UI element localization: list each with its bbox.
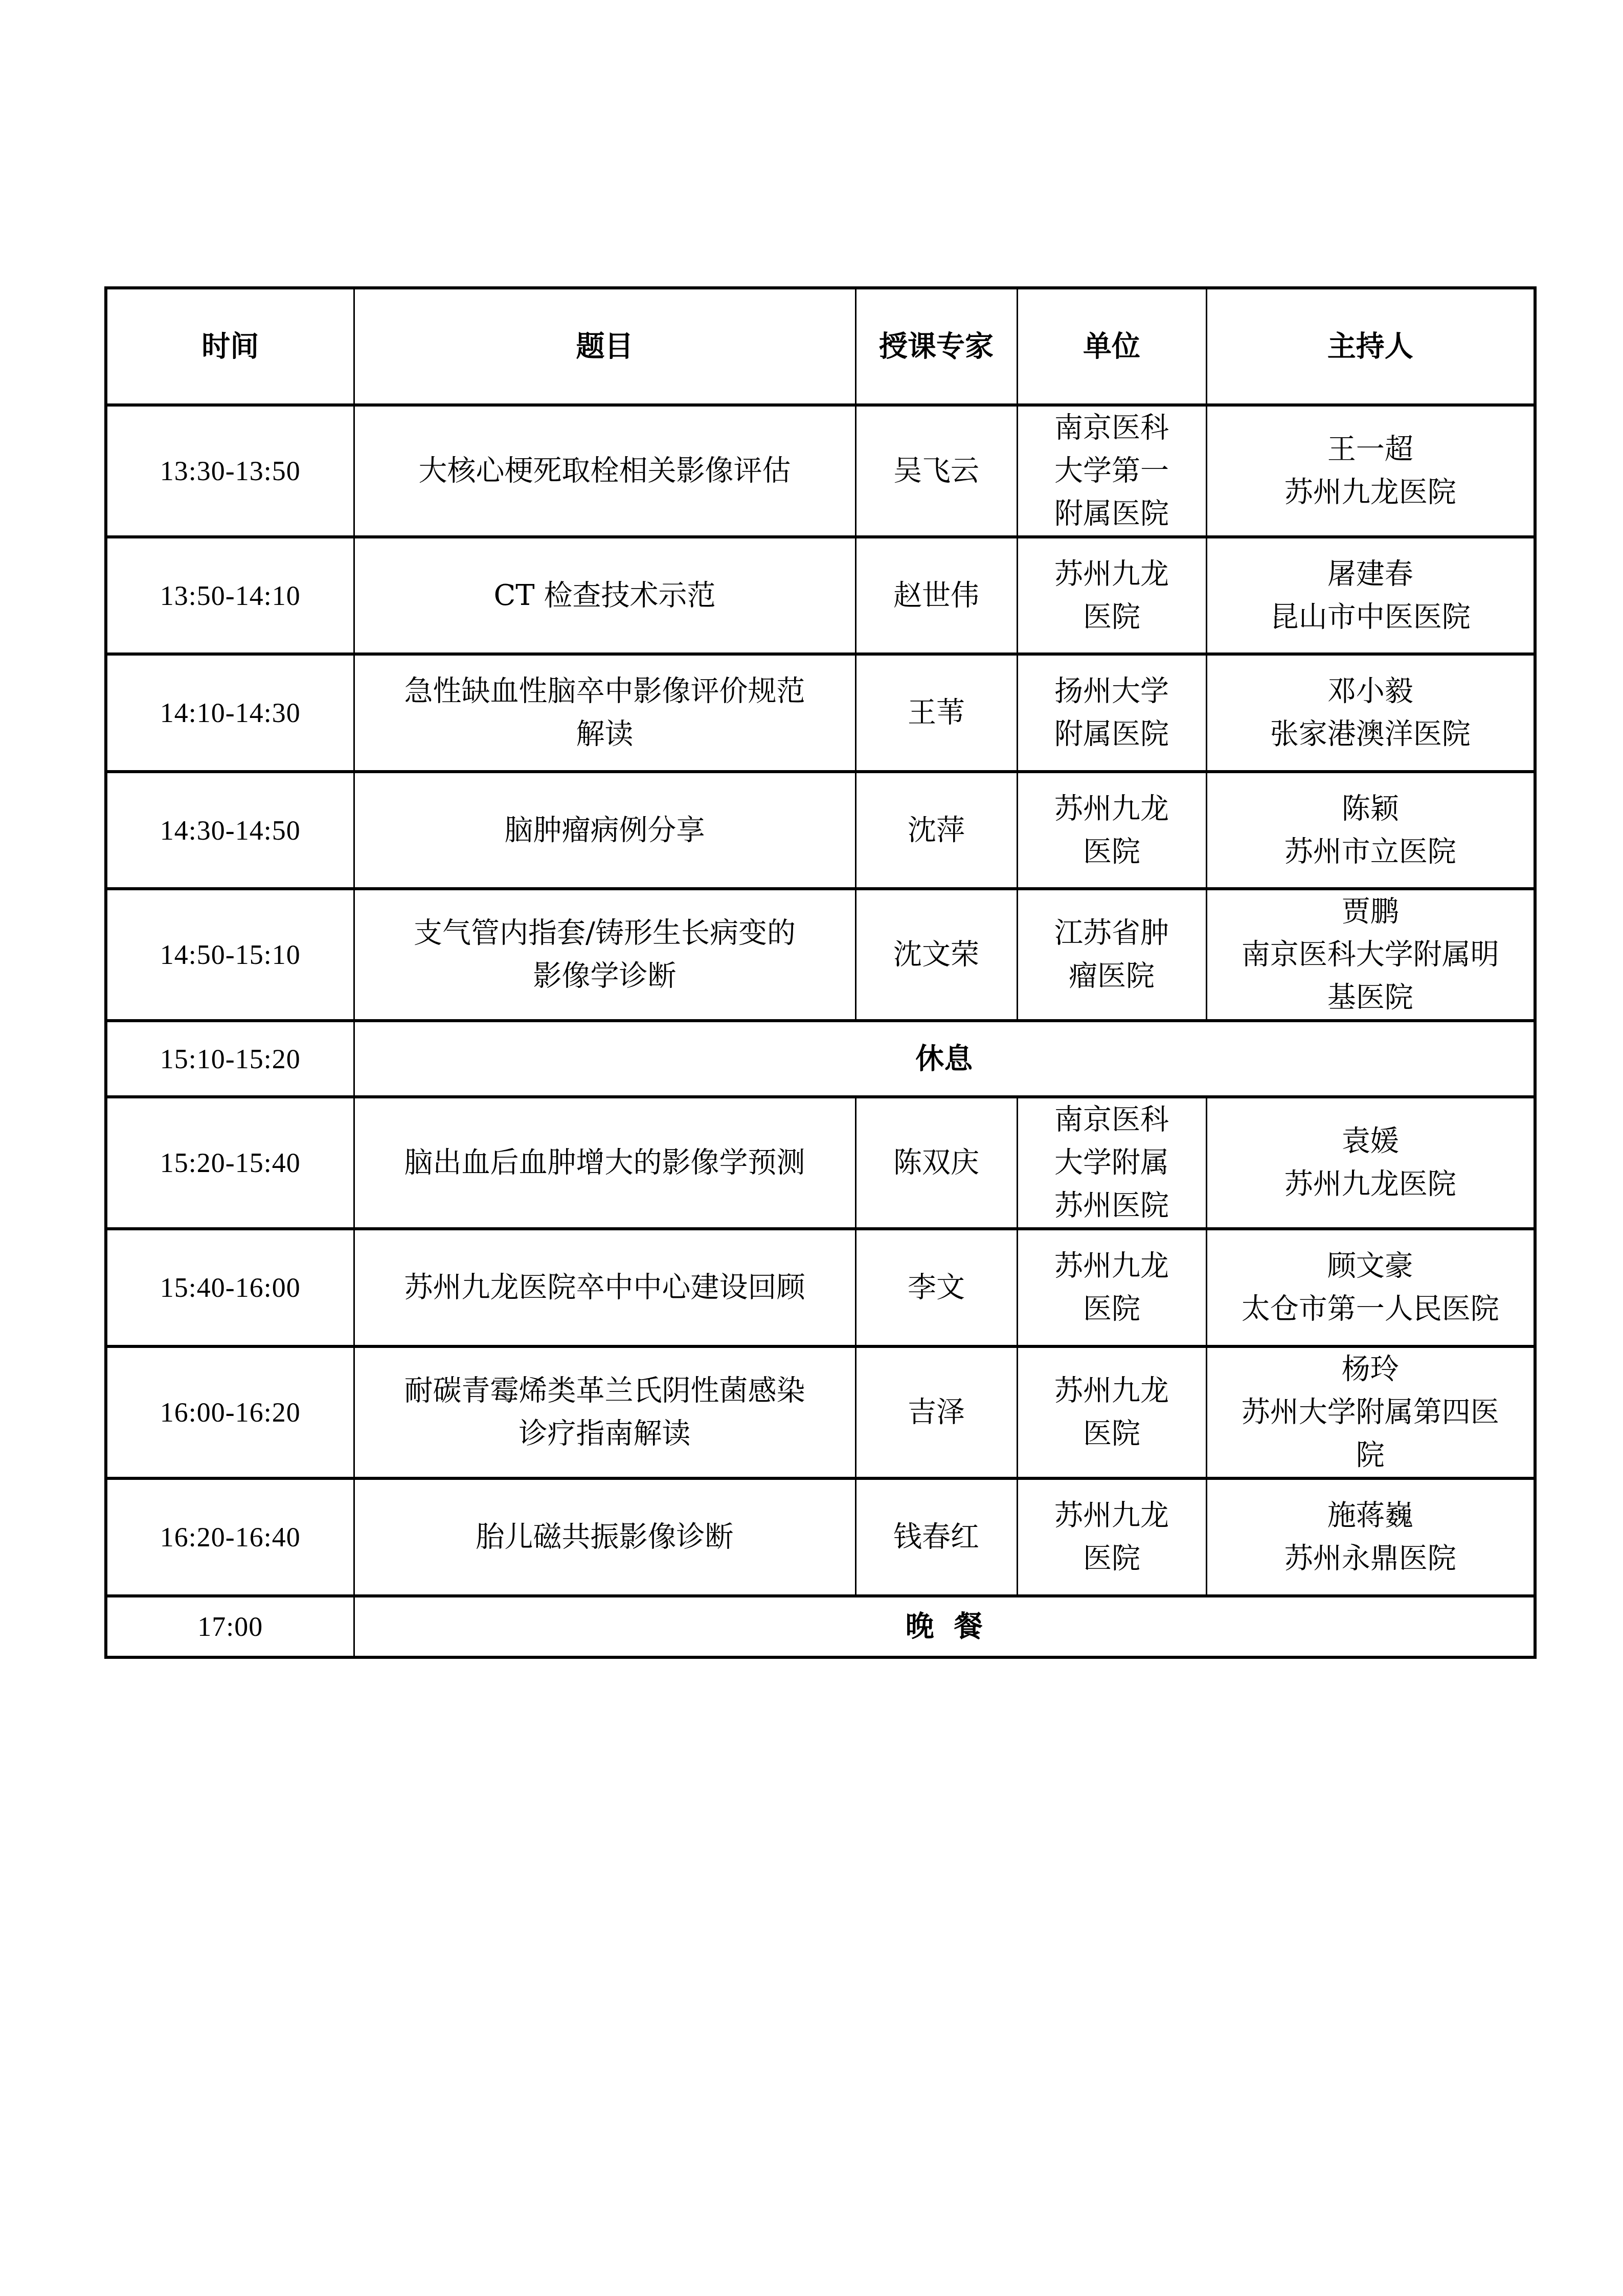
topic-cell: 支气管内指套/铸形生长病变的 影像学诊断 [354, 889, 855, 1021]
table-row: 14:10-14:30 急性缺血性脑卒中影像评价规范 解读 王苇 扬州大学 附属… [106, 654, 1535, 772]
topic-line: 急性缺血性脑卒中影像评价规范 [360, 670, 850, 713]
unit-line: 苏州九龙 [1023, 553, 1201, 596]
time-cell: 13:30-13:50 [106, 405, 354, 537]
host-cell: 施蒋巍 苏州永鼎医院 [1206, 1478, 1535, 1596]
header-topic: 题目 [354, 288, 855, 405]
unit-cell: 苏州九龙 医院 [1017, 772, 1206, 889]
topic-cell: 脑肿瘤病例分享 [354, 772, 855, 889]
topic-line: 苏州九龙医院卒中中心建设回顾 [360, 1266, 850, 1309]
topic-line: 影像学诊断 [360, 955, 850, 998]
unit-line: 苏州医院 [1023, 1184, 1201, 1227]
unit-line: 大学第一 [1023, 449, 1201, 492]
time-cell: 13:50-14:10 [106, 537, 354, 654]
table-row: 15:20-15:40 脑出血后血肿增大的影像学预测 陈双庆 南京医科 大学附属… [106, 1097, 1535, 1229]
topic-line: 脑肿瘤病例分享 [360, 809, 850, 852]
break-row: 15:10-15:20 休息 [106, 1021, 1535, 1097]
header-time: 时间 [106, 288, 354, 405]
host-name: 杨玲 [1212, 1348, 1529, 1391]
topic-cell: 耐碳青霉烯类革兰氏阴性菌感染 诊疗指南解读 [354, 1346, 855, 1478]
unit-line: 苏州九龙 [1023, 1369, 1201, 1412]
topic-line: 脑出血后血肿增大的影像学预测 [360, 1141, 850, 1184]
unit-line: 苏州九龙 [1023, 787, 1201, 830]
table-row: 16:20-16:40 胎儿磁共振影像诊断 钱春红 苏州九龙 医院 施蒋巍 苏州… [106, 1478, 1535, 1596]
unit-line: 医院 [1023, 1288, 1201, 1331]
host-unit: 太仓市第一人民医院 [1212, 1288, 1529, 1331]
unit-cell: 苏州九龙 医院 [1017, 1229, 1206, 1346]
host-cell: 杨玲 苏州大学附属第四医 院 [1206, 1346, 1535, 1478]
schedule-table: 时间 题目 授课专家 单位 主持人 13:30-13:50 大核心梗死取栓相关影… [104, 286, 1537, 1659]
host-unit: 院 [1212, 1434, 1529, 1477]
header-speaker: 授课专家 [855, 288, 1017, 405]
host-unit: 苏州永鼎医院 [1212, 1537, 1529, 1580]
time-cell: 16:20-16:40 [106, 1478, 354, 1596]
table-row: 13:30-13:50 大核心梗死取栓相关影像评估 吴飞云 南京医科 大学第一 … [106, 405, 1535, 537]
topic-line: CT 检查技术示范 [360, 574, 850, 617]
speaker-cell: 钱春红 [855, 1478, 1017, 1596]
topic-cell: 苏州九龙医院卒中中心建设回顾 [354, 1229, 855, 1346]
speaker-cell: 吉泽 [855, 1346, 1017, 1478]
topic-line: 解读 [360, 713, 850, 756]
unit-cell: 南京医科 大学附属 苏州医院 [1017, 1097, 1206, 1229]
header-row: 时间 题目 授课专家 单位 主持人 [106, 288, 1535, 405]
host-cell: 邓小毅 张家港澳洋医院 [1206, 654, 1535, 772]
speaker-cell: 王苇 [855, 654, 1017, 772]
time-cell: 15:20-15:40 [106, 1097, 354, 1229]
host-cell: 袁媛 苏州九龙医院 [1206, 1097, 1535, 1229]
time-cell: 15:10-15:20 [106, 1021, 354, 1097]
unit-line: 医院 [1023, 1412, 1201, 1455]
unit-cell: 扬州大学 附属医院 [1017, 654, 1206, 772]
topic-line: 胎儿磁共振影像诊断 [360, 1516, 850, 1559]
host-cell: 屠建春 昆山市中医医院 [1206, 537, 1535, 654]
time-cell: 14:50-15:10 [106, 889, 354, 1021]
unit-line: 医院 [1023, 596, 1201, 639]
unit-cell: 南京医科 大学第一 附属医院 [1017, 405, 1206, 537]
unit-line: 附属医院 [1023, 492, 1201, 535]
header-host: 主持人 [1206, 288, 1535, 405]
host-name: 施蒋巍 [1212, 1494, 1529, 1537]
host-name: 王一超 [1212, 428, 1529, 471]
host-name: 袁媛 [1212, 1120, 1529, 1163]
table-row: 14:50-15:10 支气管内指套/铸形生长病变的 影像学诊断 沈文荣 江苏省… [106, 889, 1535, 1021]
host-unit: 苏州九龙医院 [1212, 471, 1529, 514]
unit-line: 江苏省肿 [1023, 912, 1201, 955]
speaker-cell: 陈双庆 [855, 1097, 1017, 1229]
host-name: 贾鹏 [1212, 890, 1529, 933]
topic-cell: 急性缺血性脑卒中影像评价规范 解读 [354, 654, 855, 772]
unit-line: 瘤医院 [1023, 955, 1201, 998]
unit-cell: 江苏省肿 瘤医院 [1017, 889, 1206, 1021]
unit-line: 苏州九龙 [1023, 1494, 1201, 1537]
host-unit: 南京医科大学附属明 [1212, 933, 1529, 976]
topic-cell: 胎儿磁共振影像诊断 [354, 1478, 855, 1596]
time-cell: 14:10-14:30 [106, 654, 354, 772]
unit-line: 南京医科 [1023, 407, 1201, 449]
host-name: 顾文豪 [1212, 1245, 1529, 1288]
time-cell: 17:00 [106, 1596, 354, 1657]
unit-cell: 苏州九龙 医院 [1017, 1478, 1206, 1596]
host-cell: 陈颖 苏州市立医院 [1206, 772, 1535, 889]
topic-cell: 大核心梗死取栓相关影像评估 [354, 405, 855, 537]
host-unit: 苏州九龙医院 [1212, 1163, 1529, 1206]
time-cell: 14:30-14:50 [106, 772, 354, 889]
unit-line: 附属医院 [1023, 713, 1201, 756]
topic-line: 耐碳青霉烯类革兰氏阴性菌感染 [360, 1369, 850, 1412]
unit-line: 南京医科 [1023, 1098, 1201, 1141]
host-name: 陈颖 [1212, 787, 1529, 830]
topic-cell: 脑出血后血肿增大的影像学预测 [354, 1097, 855, 1229]
host-cell: 王一超 苏州九龙医院 [1206, 405, 1535, 537]
unit-line: 医院 [1023, 1537, 1201, 1580]
topic-line: 诊疗指南解读 [360, 1412, 850, 1455]
speaker-cell: 沈萍 [855, 772, 1017, 889]
speaker-cell: 李文 [855, 1229, 1017, 1346]
unit-cell: 苏州九龙 医院 [1017, 537, 1206, 654]
host-cell: 顾文豪 太仓市第一人民医院 [1206, 1229, 1535, 1346]
time-cell: 16:00-16:20 [106, 1346, 354, 1478]
host-name: 屠建春 [1212, 553, 1529, 596]
header-unit: 单位 [1017, 288, 1206, 405]
speaker-cell: 吴飞云 [855, 405, 1017, 537]
host-cell: 贾鹏 南京医科大学附属明 基医院 [1206, 889, 1535, 1021]
table-row: 13:50-14:10 CT 检查技术示范 赵世伟 苏州九龙 医院 屠建春 昆山… [106, 537, 1535, 654]
topic-line: 大核心梗死取栓相关影像评估 [360, 449, 850, 492]
dinner-row: 17:00 晚 餐 [106, 1596, 1535, 1657]
host-unit: 张家港澳洋医院 [1212, 713, 1529, 756]
speaker-cell: 沈文荣 [855, 889, 1017, 1021]
unit-line: 医院 [1023, 830, 1201, 873]
unit-line: 大学附属 [1023, 1141, 1201, 1184]
speaker-cell: 赵世伟 [855, 537, 1017, 654]
unit-line: 苏州九龙 [1023, 1245, 1201, 1288]
table-row: 14:30-14:50 脑肿瘤病例分享 沈萍 苏州九龙 医院 陈颖 苏州市立医院 [106, 772, 1535, 889]
host-unit: 苏州大学附属第四医 [1212, 1391, 1529, 1434]
topic-cell: CT 检查技术示范 [354, 537, 855, 654]
dinner-label: 晚 餐 [354, 1596, 1535, 1657]
unit-line: 扬州大学 [1023, 670, 1201, 713]
table-row: 16:00-16:20 耐碳青霉烯类革兰氏阴性菌感染 诊疗指南解读 吉泽 苏州九… [106, 1346, 1535, 1478]
host-unit: 苏州市立医院 [1212, 830, 1529, 873]
host-name: 邓小毅 [1212, 670, 1529, 713]
host-unit: 昆山市中医医院 [1212, 596, 1529, 639]
table-row: 15:40-16:00 苏州九龙医院卒中中心建设回顾 李文 苏州九龙 医院 顾文… [106, 1229, 1535, 1346]
time-cell: 15:40-16:00 [106, 1229, 354, 1346]
unit-cell: 苏州九龙 医院 [1017, 1346, 1206, 1478]
topic-line: 支气管内指套/铸形生长病变的 [360, 912, 850, 955]
break-label: 休息 [354, 1021, 1535, 1097]
host-unit: 基医院 [1212, 976, 1529, 1019]
